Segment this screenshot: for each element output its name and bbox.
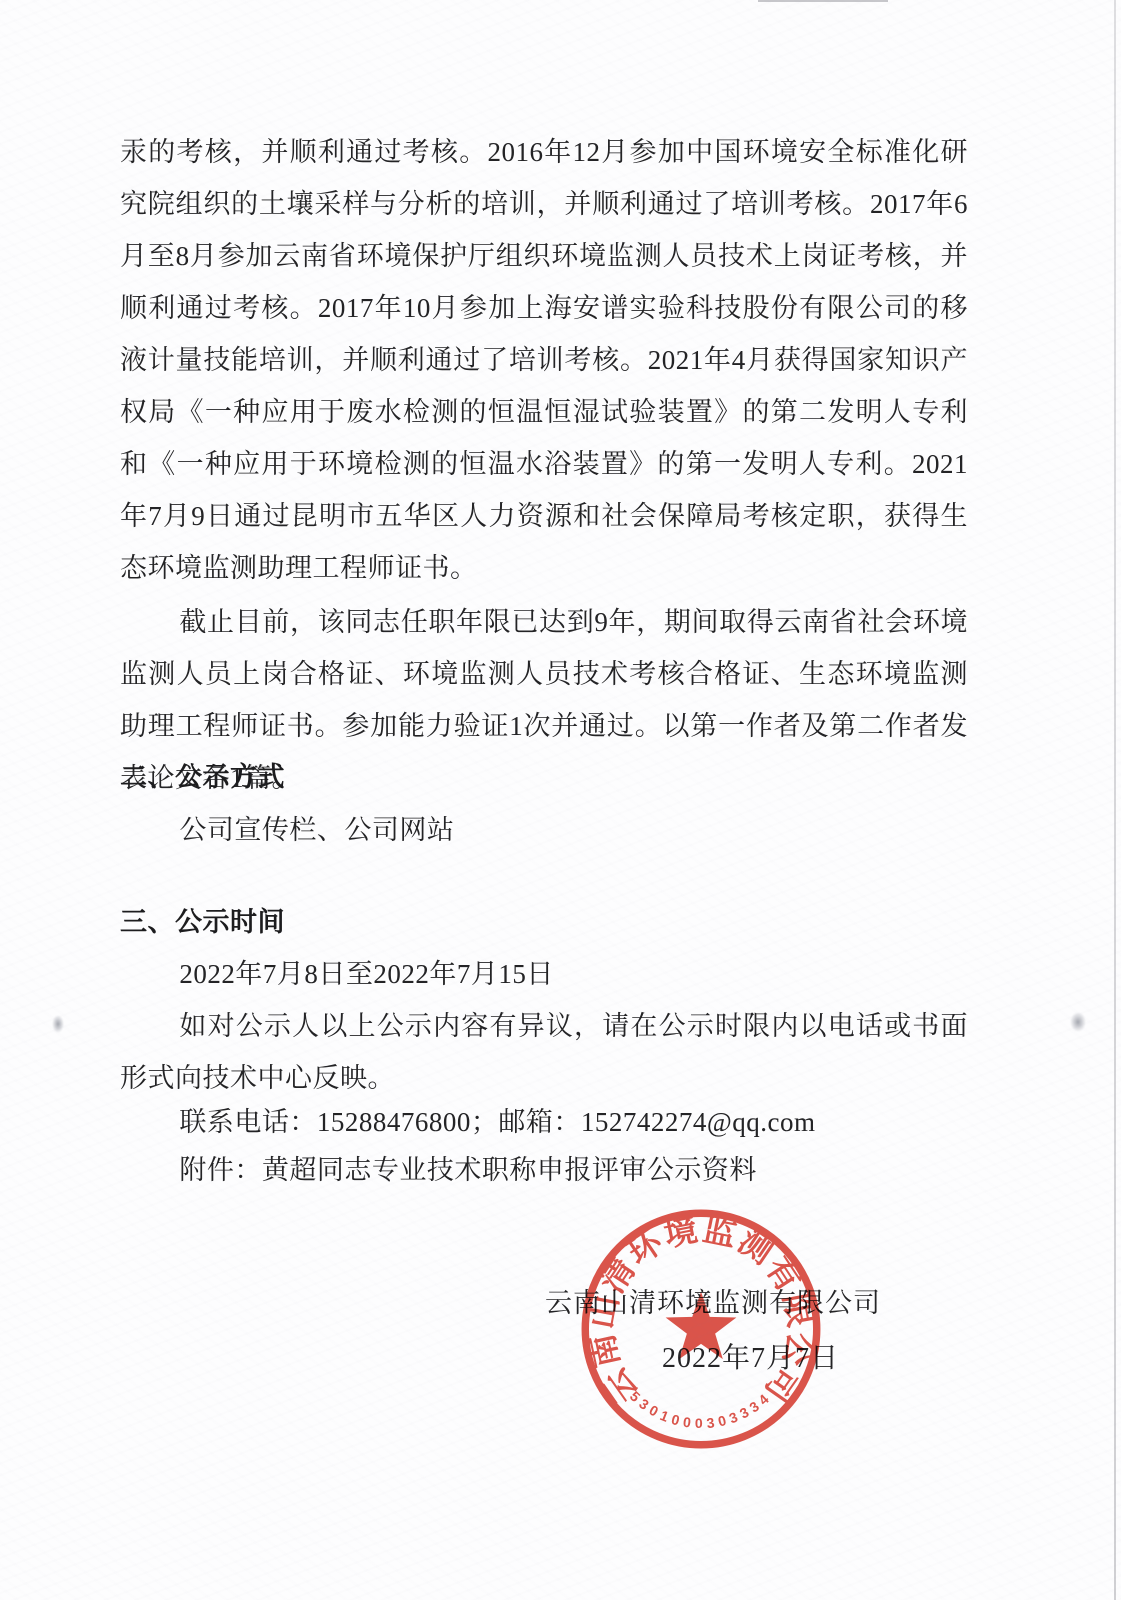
ink-smudge-right xyxy=(1070,1012,1086,1032)
section3-objection: 如对公示人以上公示内容有异议，请在公示时限内以电话或书面形式向技术中心反映。 xyxy=(120,1000,968,1104)
seal-star-icon xyxy=(666,1292,737,1359)
paragraph-qualifications-text: 汞的考核，并顺利通过考核。2016年12月参加中国环境安全标准化研究院组织的土壤… xyxy=(120,126,968,594)
scan-edge-top xyxy=(758,0,888,2)
seal-number: 5301000303334 xyxy=(627,1388,775,1431)
section3-dates-text: 2022年7月8日至2022年7月15日 xyxy=(120,948,968,1000)
paragraph-qualifications: 汞的考核，并顺利通过考核。2016年12月参加中国环境安全标准化研究院组织的土壤… xyxy=(120,126,968,594)
contact-line: 联系电话：15288476800；邮箱：152742274@qq.com xyxy=(120,1096,968,1148)
section3-objection-text: 如对公示人以上公示内容有异议，请在公示时限内以电话或书面形式向技术中心反映。 xyxy=(120,1000,968,1104)
section2-body: 公司宣传栏、公司网站 xyxy=(120,804,968,856)
contact-line-text: 联系电话：15288476800；邮箱：152742274@qq.com xyxy=(120,1096,968,1148)
section2-heading: 二、公示方式 xyxy=(120,751,968,803)
scan-edge-right xyxy=(1114,0,1116,1600)
section3-dates: 2022年7月8日至2022年7月15日 xyxy=(120,948,968,1000)
attachment-line: 附件：黄超同志专业技术职称申报评审公示资料 xyxy=(120,1144,968,1196)
section3-heading: 三、公示时间 xyxy=(120,896,968,948)
scanned-notice-page: 汞的考核，并顺利通过考核。2016年12月参加中国环境安全标准化研究院组织的土壤… xyxy=(0,0,1121,1600)
company-seal: 云南山清环境监测有限公司 5301000303334 xyxy=(577,1205,825,1453)
ink-smudge-left xyxy=(52,1015,64,1033)
seal-number-text-path: 5301000303334 xyxy=(627,1388,775,1431)
section2-body-text: 公司宣传栏、公司网站 xyxy=(120,804,968,856)
attachment-line-text: 附件：黄超同志专业技术职称申报评审公示资料 xyxy=(120,1144,968,1196)
